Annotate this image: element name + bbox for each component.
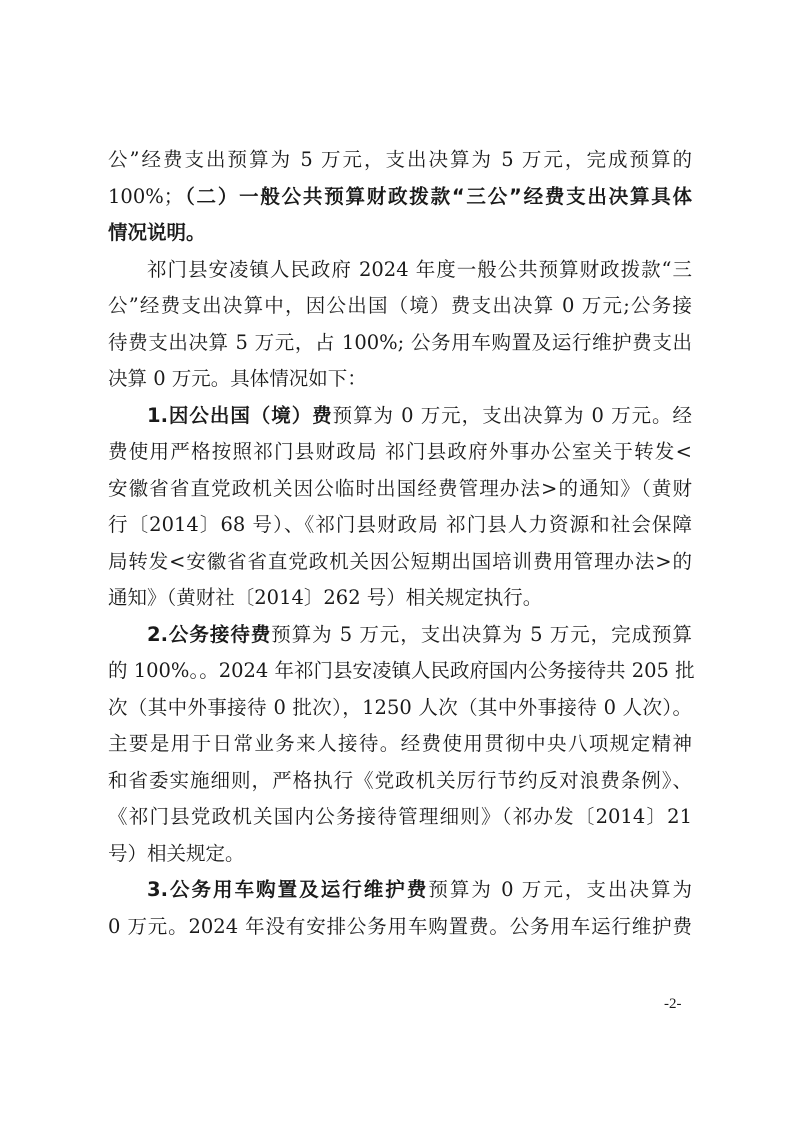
text-span: 0 万元。2024 年没有安排公务用车购置费。公务用车运行维护费: [108, 915, 692, 938]
text-line: 公”经费支出预算为 5 万元，支出决算为 5 万元，完成预算的: [108, 142, 692, 179]
paragraph-start: 祁门县安凌镇人民政府 2024 年度一般公共预算财政拨款“三: [108, 252, 692, 289]
text-line: 0 万元。2024 年没有安排公务用车购置费。公务用车运行维护费: [108, 909, 692, 946]
text-span: 预算为 0 万元，支出决算为 0 万元。经: [333, 404, 692, 427]
text-line: 局转发<安徽省省直党政机关因公短期出国培训费用管理办法>的: [108, 544, 692, 581]
text-span: 主要是用于日常业务来人接待。经费使用贯彻中央八项规定精神: [108, 732, 692, 755]
text-span: 公”经费支出决算中，因公出国（境）费支出决算 0 万元;公务接: [108, 294, 692, 317]
text-span: 通知》（黄财社〔2014〕262 号）相关规定执行。: [108, 586, 542, 609]
item-2-start: 2.公务接待费预算为 5 万元，支出决算为 5 万元，完成预算: [108, 617, 692, 654]
text-line: 公”经费支出决算中，因公出国（境）费支出决算 0 万元;公务接: [108, 288, 692, 325]
item-3-start: 3.公务用车购置及运行维护费预算为 0 万元，支出决算为: [108, 872, 692, 909]
text-span: 次（其中外事接待 0 批次），1250 人次（其中外事接待 0 人次）。: [108, 696, 692, 719]
text-line: 决算 0 万元。具体情况如下：: [108, 361, 692, 398]
text-line: 行〔2014〕68 号）、《祁门县财政局 祁门县人力资源和社会保障: [108, 507, 692, 544]
text-line: 次（其中外事接待 0 批次），1250 人次（其中外事接待 0 人次）。: [108, 690, 692, 727]
text-span: 安徽省省直党政机关因公临时出国经费管理办法>的通知》（黄财: [108, 477, 692, 500]
text-span: 号）相关规定。: [108, 842, 245, 865]
text-span: 祁门县安凌镇人民政府 2024 年度一般公共预算财政拨款“三: [147, 258, 692, 281]
text-line: 《祁门县党政机关国内公务接待管理细则》（祁办发〔2014〕21: [108, 799, 692, 836]
text-span: 的 100%。。2024 年祁门县安凌镇人民政府国内公务接待共 205 批: [108, 659, 695, 682]
item-1-heading: 1.因公出国（境）费: [147, 404, 333, 427]
item-3-heading: 3.公务用车购置及运行维护费: [147, 878, 428, 901]
text-span: 决算 0 万元。具体情况如下：: [108, 367, 367, 390]
section-heading-two-cont: 情况说明。: [108, 221, 206, 244]
text-line: 100%；（二）一般公共预算财政拨款“三公”经费支出决算具体: [108, 179, 692, 216]
text-span: 和省委实施细则，严格执行《党政机关厉行节约反对浪费条例》、: [108, 769, 692, 792]
text-span: 费使用严格按照祁门县财政局 祁门县政府外事办公室关于转发<: [108, 440, 692, 463]
text-span: 《祁门县党政机关国内公务接待管理细则》（祁办发〔2014〕21: [108, 805, 692, 828]
text-line: 安徽省省直党政机关因公临时出国经费管理办法>的通知》（黄财: [108, 471, 692, 508]
text-span: 预算为 5 万元，支出决算为 5 万元，完成预算: [271, 623, 692, 646]
text-span: 100%；: [108, 185, 183, 208]
document-body: 公”经费支出预算为 5 万元，支出决算为 5 万元，完成预算的 100%；（二）…: [108, 142, 692, 945]
text-span: 预算为 0 万元，支出决算为: [428, 878, 692, 901]
text-line: 费使用严格按照祁门县财政局 祁门县政府外事办公室关于转发<: [108, 434, 692, 471]
section-heading-two: （二）一般公共预算财政拨款“三公”经费支出决算具体: [183, 185, 692, 208]
page-number: -2-: [664, 996, 682, 1013]
text-line: 待费支出决算 5 万元，占 100%; 公务用车购置及运行维护费支出: [108, 325, 692, 362]
text-line: 主要是用于日常业务来人接待。经费使用贯彻中央八项规定精神: [108, 726, 692, 763]
text-span: 行〔2014〕68 号）、《祁门县财政局 祁门县人力资源和社会保障: [108, 513, 692, 536]
text-line: 通知》（黄财社〔2014〕262 号）相关规定执行。: [108, 580, 692, 617]
text-span: 待费支出决算 5 万元，占 100%; 公务用车购置及运行维护费支出: [108, 331, 692, 354]
item-2-heading: 2.公务接待费: [147, 623, 271, 646]
document-page: 公”经费支出预算为 5 万元，支出决算为 5 万元，完成预算的 100%；（二）…: [0, 0, 793, 1122]
text-span: 公”经费支出预算为 5 万元，支出决算为 5 万元，完成预算的: [108, 148, 692, 171]
text-line: 情况说明。: [108, 215, 692, 252]
text-line: 的 100%。。2024 年祁门县安凌镇人民政府国内公务接待共 205 批: [108, 653, 692, 690]
text-span: 局转发<安徽省省直党政机关因公短期出国培训费用管理办法>的: [108, 550, 692, 573]
text-line: 和省委实施细则，严格执行《党政机关厉行节约反对浪费条例》、: [108, 763, 692, 800]
text-line: 号）相关规定。: [108, 836, 692, 873]
item-1-start: 1.因公出国（境）费预算为 0 万元，支出决算为 0 万元。经: [108, 398, 692, 435]
